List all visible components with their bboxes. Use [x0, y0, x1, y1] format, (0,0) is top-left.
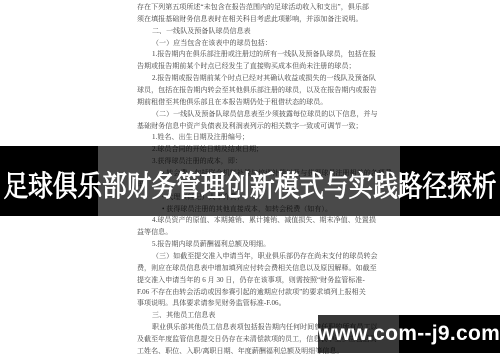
doc-line: 5.报告期内球员薪酬福利总额及明细。 [137, 239, 377, 251]
doc-line: （二）一线队及预备队球员信息表至少须披露每位球员的以下信息，并与 [137, 109, 377, 121]
doc-line: （三）如截至提交准入申请当年，职业俱乐部仍存在尚未支付的球员转会 [137, 251, 377, 263]
doc-line: 提交准入申请当年的 6 月 30 日，仍存在该事项，则需按照“财务监管标准- [137, 275, 377, 287]
doc-line: 1.报告期内在俱乐部注册或注册过的所有一线队及预备队球员，包括在报 [137, 49, 377, 61]
doc-line: 2.报告期或报告期前某个时点已经对其确认收益或损失的一线队及预备队 [137, 73, 377, 85]
title-banner: 足球俱乐部财务管理创新模式与实践路径探析 [0, 146, 500, 216]
banner-title-wrap: 足球俱乐部财务管理创新模式与实践路径探析 [0, 149, 500, 219]
doc-line: 费，则应在球员信息表中增加填列应付转会费相关信息以及原因解释。如截至 [137, 263, 377, 275]
doc-line: 事项说明。具体要求请参见财务监管标准-F.06。 [137, 298, 377, 310]
doc-line: （一）应当包含在该表中的球员包括： [137, 38, 377, 50]
doc-line: 益等信息。 [137, 227, 377, 239]
doc-line: 期前租借至其他俱乐部且在本报告期仍处于租借状态的球员。 [137, 97, 377, 109]
doc-line: 基础财务信息中资产负债表及利润表列示的相关数字一致或可调节一致； [137, 121, 377, 133]
doc-line: 1.姓名、出生日期及注册编号； [137, 132, 377, 144]
doc-line: 存在下列第五项所述“未包含在报告范围内的足球活动收入和支出”，俱乐部 [137, 2, 377, 14]
doc-line: 告期或报告期前某个时点已经发生了直接购买成本但尚未注册的球员； [137, 61, 377, 73]
doc-line: F.06 不存在由转会活动或因参赛引起的逾期应付款项”的要求填列上报相关 [137, 287, 377, 299]
doc-line: 二、一线队及预备队球员信息表 [137, 26, 377, 38]
watermark-url: www.com--j9.com [318, 315, 500, 353]
page-title: 足球俱乐部财务管理创新模式与实践路径探析 [4, 164, 497, 205]
watermark: www.com--j9.com [318, 315, 500, 353]
doc-line: 须在填报基础财务信息表时在相关科目考虑此项影响，并添加备注说明。 [137, 14, 377, 26]
thumbnail-image: 存在下列第五项所述“未包含在报告范围内的足球活动收入和支出”，俱乐部须在填报基础… [0, 0, 500, 362]
doc-line: 球员，包括在报告期内转会至其他俱乐部注册的球员，以及在报告期内或报告 [137, 85, 377, 97]
